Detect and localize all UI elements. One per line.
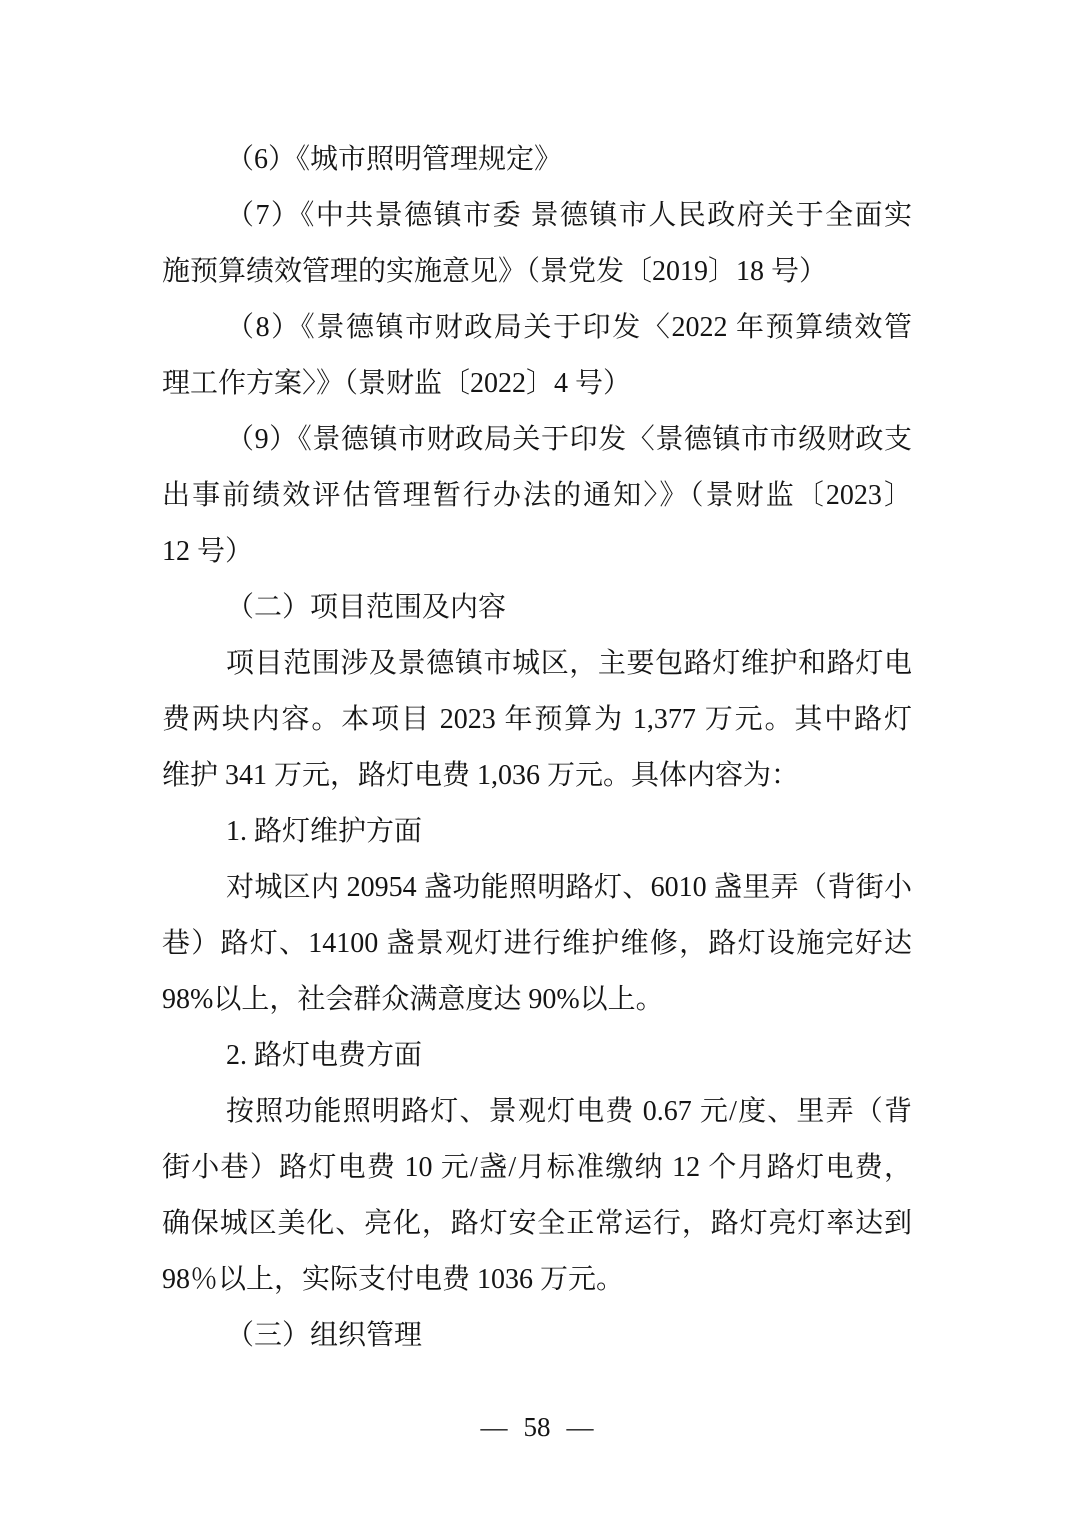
page-footer: —58— [0, 1402, 1074, 1452]
ref-item-8-line-2: 理工作方案〉》（景财监〔2022〕4 号） [162, 356, 912, 412]
footer-dash-right: — [567, 1412, 594, 1442]
para-scope-line-2: 费两块内容。本项目 2023 年预算为 1,377 万元。其中路灯 [162, 692, 912, 748]
para-electricity-line-2: 街小巷）路灯电费 10 元/盏/月标准缴纳 12 个月路灯电费， [162, 1140, 912, 1196]
para-scope-line-1: 项目范围涉及景德镇市城区，主要包路灯维护和路灯电 [162, 636, 912, 692]
subheading-electricity: 2. 路灯电费方面 [162, 1028, 912, 1084]
ref-item-9-line-2: 出事前绩效评估管理暂行办法的通知〉》（景财监〔2023〕 [162, 468, 912, 524]
ref-item-7-line-2: 施预算绩效管理的实施意见》（景党发〔2019〕18 号） [162, 244, 912, 300]
para-maintenance-line-3: 98%以上，社会群众满意度达 90%以上。 [162, 972, 912, 1028]
ref-item-7-line-1: （7）《中共景德镇市委 景德镇市人民政府关于全面实 [162, 188, 912, 244]
section-heading-3: （三）组织管理 [162, 1308, 912, 1364]
ref-item-6: （6）《城市照明管理规定》 [162, 132, 912, 188]
para-maintenance-line-2: 巷）路灯、14100 盏景观灯进行维护维修，路灯设施完好达 [162, 916, 912, 972]
section-heading-2: （二）项目范围及内容 [162, 580, 912, 636]
para-maintenance-line-1: 对城区内 20954 盏功能照明路灯、6010 盏里弄（背街小 [162, 860, 912, 916]
para-scope-line-3: 维护 341 万元，路灯电费 1,036 万元。具体内容为： [162, 748, 912, 804]
subheading-maintenance: 1. 路灯维护方面 [162, 804, 912, 860]
page-number: 58 [524, 1412, 551, 1442]
para-electricity-line-4: 98％以上，实际支付电费 1036 万元。 [162, 1252, 912, 1308]
document-body: （6）《城市照明管理规定》 （7）《中共景德镇市委 景德镇市人民政府关于全面实 … [162, 132, 912, 1364]
ref-item-9-line-3: 12 号） [162, 524, 912, 580]
ref-item-8-line-1: （8）《景德镇市财政局关于印发〈2022 年预算绩效管 [162, 300, 912, 356]
document-page: （6）《城市照明管理规定》 （7）《中共景德镇市委 景德镇市人民政府关于全面实 … [0, 0, 1074, 1520]
para-electricity-line-3: 确保城区美化、亮化，路灯安全正常运行，路灯亮灯率达到 [162, 1196, 912, 1252]
ref-item-9-line-1: （9）《景德镇市财政局关于印发〈景德镇市市级财政支 [162, 412, 912, 468]
para-electricity-line-1: 按照功能照明路灯、景观灯电费 0.67 元/度、里弄（背 [162, 1084, 912, 1140]
footer-dash-left: — [481, 1412, 508, 1442]
